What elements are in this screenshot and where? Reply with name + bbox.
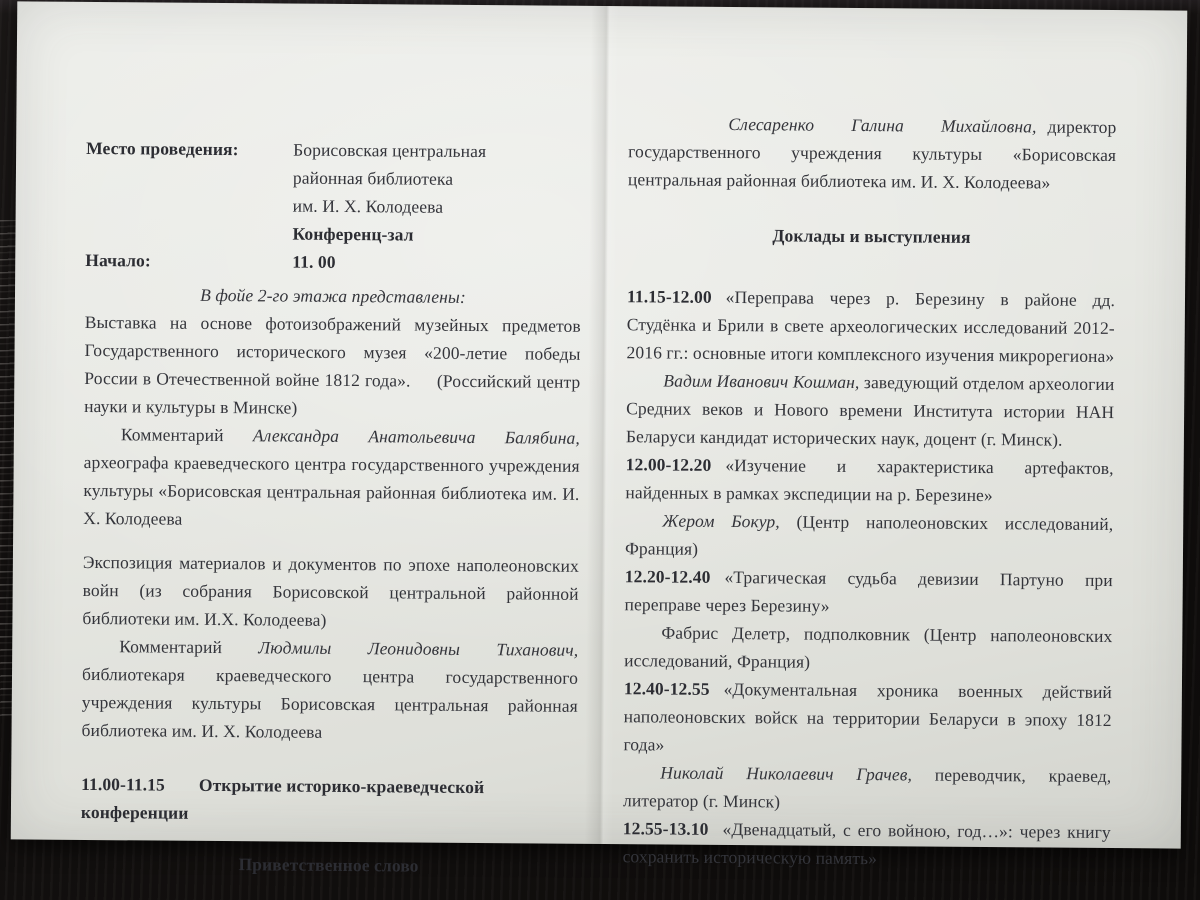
schedule-entry-title: 12.20-12.40«Трагическая судьба девизии П… (624, 562, 1112, 622)
venue-row: Место проведения: Борисовская центральна… (85, 134, 582, 250)
comment1-name: Александра Анатольевича Балябина, (253, 425, 580, 448)
opening-time: 11.00-11.15 (81, 774, 165, 795)
venue-line: Борисовская центральная (293, 136, 582, 166)
schedule-entry-title: 11.15-12.00«Переправа через р. Березину … (626, 282, 1115, 370)
comment2-name: Людмилы Леонидовны Тиханович, (258, 637, 578, 660)
schedule-entry-title: 12.40-12.55«Документальная хроника военн… (623, 674, 1112, 762)
exhibit-materials-paragraph: Экспозиция материалов и документов по эп… (82, 548, 579, 636)
speaker-name: Вадим Иванович Кошман, (663, 371, 859, 393)
greeting-heading: Приветственное слово (80, 849, 576, 881)
exhibit-photo-paragraph: Выставка на основе фотоизображений музей… (84, 308, 581, 424)
venue-label: Место проведения: (85, 134, 293, 248)
photo-of-booklet: { "scene": { "background_color": "#14111… (0, 0, 1200, 900)
comment2-prefix: Комментарий (119, 636, 258, 657)
schedule-entry-speaker: Жером Бокур, (Центр наполеоновских иссле… (625, 506, 1113, 566)
director-paragraph: Слесаренко Галина Михайловна, директор г… (628, 109, 1117, 197)
schedule-entry-speaker: Фабрис Делетр, подполковник (Центр напол… (624, 618, 1112, 678)
start-time-row: Начало: 11. 00 (85, 246, 581, 278)
venue-line: им. И. Х. Колодеева (293, 192, 582, 222)
right-page: Слесаренко Галина Михайловна, директор г… (623, 6, 1118, 874)
booklet-center-fold (585, 6, 620, 844)
speaker-name: Николай Николаевич Грачев, (660, 762, 912, 784)
venue-line: районная библиотека (293, 164, 582, 194)
schedule-entry-time: 12.55-13.10 (623, 818, 709, 839)
opening-line: 11.00-11.15Открытие историко-краеведческ… (81, 770, 577, 830)
booklet-spread: Место проведения: Борисовская центральна… (11, 1, 1188, 848)
start-label: Начало: (85, 246, 292, 276)
schedule-entry-time: 12.20-12.40 (625, 566, 711, 587)
schedule-entry-time: 12.00-12.20 (626, 454, 712, 475)
start-value: 11. 00 (292, 248, 581, 278)
section-heading: Доклады и выступления (627, 220, 1115, 252)
comment2-paragraph: Комментарий Людмилы Леонидовны Тиханович… (81, 632, 578, 748)
schedule-entry-speaker: Вадим Иванович Кошман, заведующий отдело… (626, 366, 1115, 454)
venue-value: Борисовская центральная районная библиот… (292, 136, 582, 250)
schedule-list: 11.15-12.00«Переправа через р. Березину … (623, 282, 1116, 874)
foyer-heading: В фойе 2-го этажа представлены: (85, 280, 581, 312)
comment1-rest: археографа краеведческого центра государ… (83, 452, 580, 529)
comment1-prefix: Комментарий (121, 424, 253, 445)
comment1-paragraph: Комментарий Александра Анатольевича Баля… (83, 420, 580, 536)
schedule-entry-title: 12.00-12.20«Изучение и характеристика ар… (625, 450, 1113, 510)
schedule-entry-speaker: Николай Николаевич Грачев, переводчик, к… (623, 758, 1111, 818)
director-name: Слесаренко Галина Михайловна, (728, 114, 1036, 136)
venue-hall: Конференц-зал (292, 220, 581, 250)
schedule-entry-time: 12.40-12.55 (624, 678, 710, 699)
schedule-entry-title: 12.55-13.10«Двенадцатый, с его войною, г… (623, 814, 1111, 874)
schedule-entry-time: 11.15-12.00 (627, 286, 712, 307)
comment2-rest: библиотекаря краеведческого центра госуд… (82, 664, 579, 742)
speaker-name: Жером Бокур, (662, 511, 780, 532)
left-page: Место проведения: Борисовская центральна… (80, 2, 583, 881)
speaker-name: Фабрис Делетр, (661, 622, 790, 643)
